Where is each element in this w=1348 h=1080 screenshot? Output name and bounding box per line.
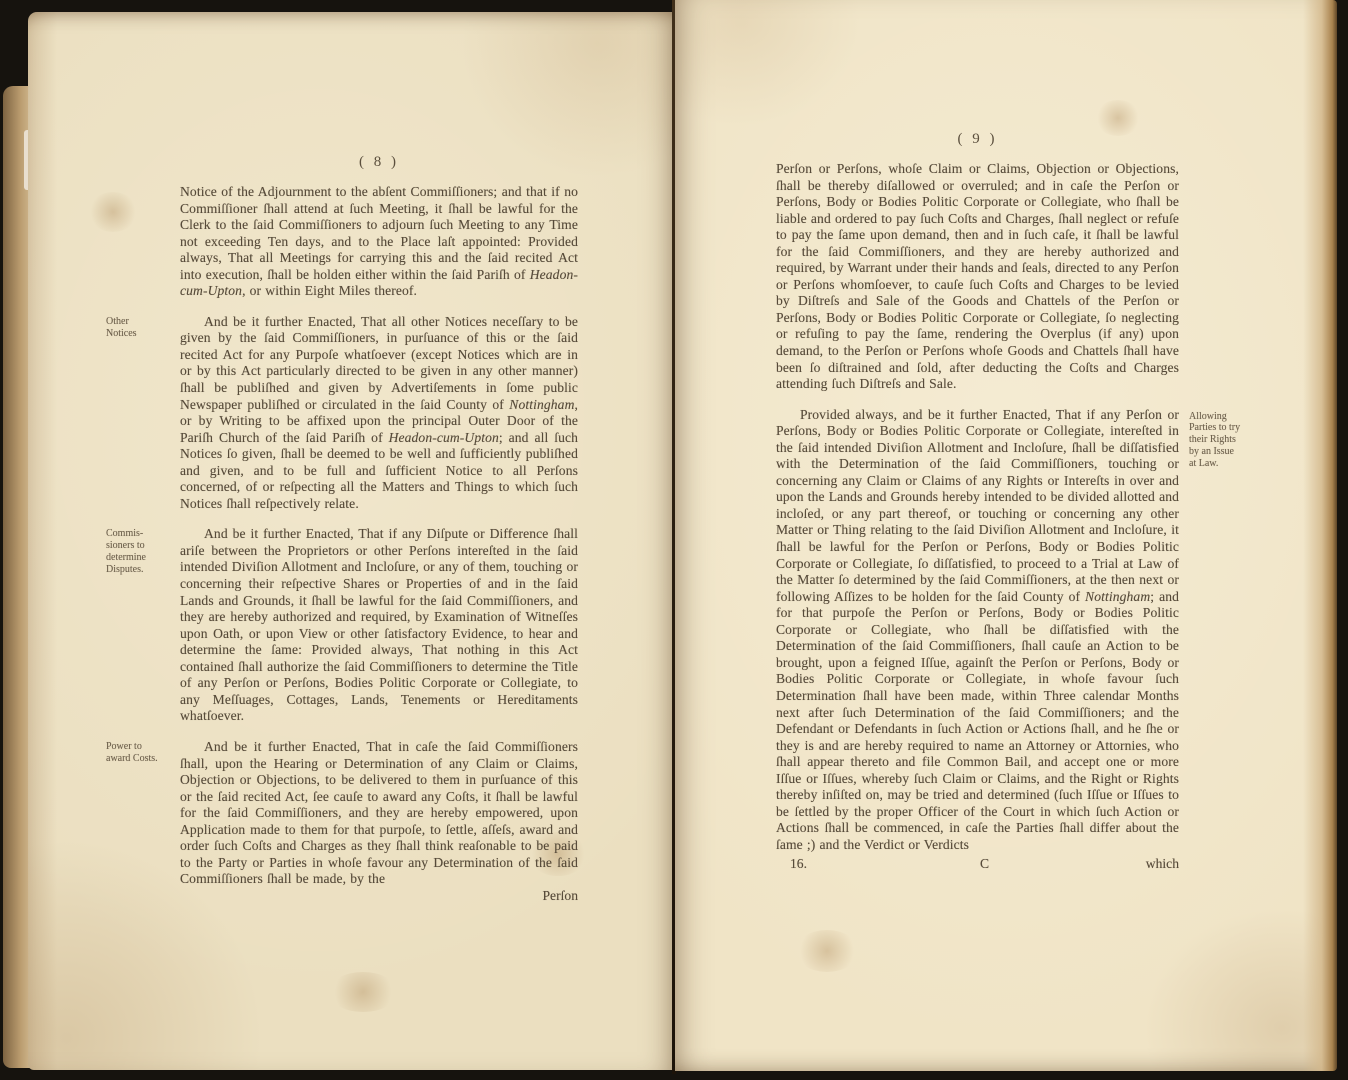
margin-note-power-award-costs: Power to award Costs. — [106, 741, 174, 765]
book-spread-photo: ( 8 ) Notice of the Adjournment to the a… — [0, 0, 1348, 1080]
signature-number: 16. — [776, 856, 920, 873]
paragraph-text: Notice of the Adjournment to the abſent … — [180, 184, 578, 300]
signature-letter: C — [920, 856, 1050, 873]
page-9-footer: 16. C which — [776, 856, 1179, 873]
foxing-spot — [795, 930, 859, 972]
page-8: ( 8 ) Notice of the Adjournment to the a… — [28, 12, 675, 1070]
page-8-text-column: ( 8 ) Notice of the Adjournment to the a… — [180, 154, 578, 904]
page-edge-curl — [1303, 0, 1337, 1071]
page-8-folio: ( 8 ) — [180, 154, 578, 171]
foxing-spot — [88, 192, 138, 232]
foxing-spot — [328, 972, 398, 1012]
page-9-text-column: ( 9 ) Perſon or Perſons, whoſe Claim or … — [776, 131, 1179, 873]
paragraph-text: Perſon or Perſons, whoſe Claim or Claims… — [776, 161, 1179, 393]
margin-note-other-notices: Other Notices — [106, 316, 174, 340]
paragraph: Perſon or Perſons, whoſe Claim or Claims… — [776, 161, 1179, 393]
paragraph: Power to award Costs. And be it further … — [180, 739, 578, 888]
margin-note-allowing-parties: Allowing Parties to try their Rights by … — [1189, 411, 1261, 470]
paragraph: Notice of the Adjournment to the abſent … — [180, 184, 578, 300]
paragraph: Allowing Parties to try their Rights by … — [776, 407, 1179, 854]
paragraph-text: And be it further Enacted, That in caſe … — [180, 739, 578, 888]
paragraph-text: And be it further Enacted, That if any D… — [180, 526, 578, 725]
paragraph: Other Notices And be it further Enacted,… — [180, 314, 578, 513]
paragraph-text: And be it further Enacted, That all othe… — [180, 314, 578, 513]
paragraph: Commis- sioners to determine Disputes. A… — [180, 526, 578, 725]
catchword-which: which — [1049, 856, 1179, 873]
margin-note-commissioners-disputes: Commis- sioners to determine Disputes. — [106, 528, 174, 575]
paragraph-text: Provided always, and be it further Enact… — [776, 407, 1179, 854]
catchword-person: Perſon — [180, 888, 578, 905]
page-9-folio: ( 9 ) — [776, 131, 1179, 148]
page-9: ( 9 ) Perſon or Perſons, whoſe Claim or … — [675, 0, 1335, 1071]
